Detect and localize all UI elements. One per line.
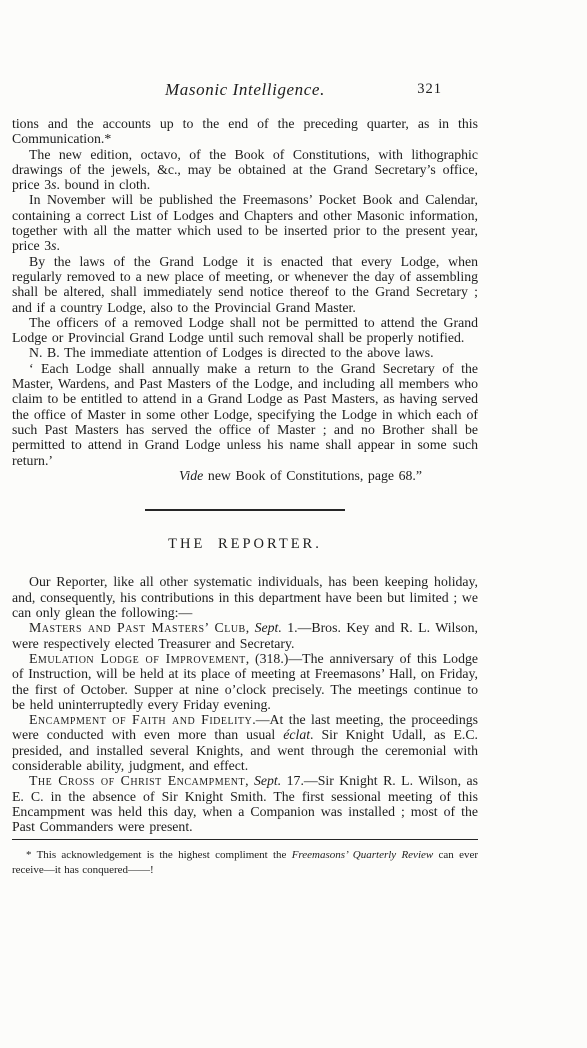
para-removal-law: By the laws of the Grand Lodge it is ena…: [12, 254, 478, 315]
text-segment: The officers of a removed Lodge shall no…: [12, 315, 478, 345]
text-segment: .: [57, 238, 60, 253]
vide-reference: Vide new Book of Constitutions, page 68.…: [179, 468, 478, 483]
para-masters-club: Masters and Past Masters’ Club, Sept. 1.…: [12, 620, 478, 651]
text-segment: * This acknowledgement is the highest co…: [26, 849, 292, 861]
text-segment: new Book of Constitutions, page 68.”: [203, 468, 422, 483]
footnote-divider: [12, 839, 478, 840]
text-segment: éclat: [283, 727, 310, 742]
text-segment: The Cross of Christ Encampment: [29, 773, 245, 788]
para-removed-officers: The officers of a removed Lodge shall no…: [12, 315, 478, 346]
text-segment: . bound in cloth.: [57, 177, 151, 192]
text-flow: tions and the accounts up to the end of …: [12, 116, 478, 877]
text-segment: By the laws of the Grand Lodge it is ena…: [12, 254, 478, 315]
text-segment: Encampment of Faith and Fidelity: [29, 712, 252, 727]
para-pocket-book: In November will be published the Freema…: [12, 192, 478, 253]
text-segment: Our Reporter, like all other systematic …: [12, 574, 478, 620]
text-segment: ,: [246, 620, 255, 635]
para-cross-of-christ: The Cross of Christ Encampment, Sept. 17…: [12, 773, 478, 834]
text-segment: Masters and Past Masters’ Club: [29, 620, 246, 635]
text-segment: Vide: [179, 468, 203, 483]
text-segment: ‘ Each Lodge shall annually make a retur…: [12, 361, 478, 468]
para-annual-return: ‘ Each Lodge shall annually make a retur…: [12, 361, 478, 468]
para-reporter-intro: Our Reporter, like all other systematic …: [12, 574, 478, 620]
running-title: Masonic Intelligence.: [12, 80, 478, 100]
para-nota-bene: N. B. The immediate attention of Lodges …: [12, 345, 478, 360]
text-segment: Sept.: [254, 773, 281, 788]
para-faith-fidelity: Encampment of Faith and Fidelity.—At the…: [12, 712, 478, 773]
para-emulation-lodge: Emulation Lodge of Improvement, (318.)—T…: [12, 651, 478, 712]
para-new-edition: The new edition, octavo, of the Book of …: [12, 147, 478, 193]
text-segment: Freemasons’ Quarterly Review: [292, 849, 434, 861]
page-number: 321: [417, 81, 442, 98]
text-segment: ,: [245, 773, 254, 788]
text-segment: Sept.: [255, 620, 282, 635]
para-quarterly-accounts: tions and the accounts up to the end of …: [12, 116, 478, 147]
text-segment: tions and the accounts up to the end of …: [12, 116, 478, 146]
text-segment: In November will be published the Freema…: [12, 192, 478, 253]
page-header: Masonic Intelligence. 321: [12, 80, 478, 102]
section-heading: THE REPORTER.: [12, 537, 478, 552]
scanned-page: Masonic Intelligence. 321 tions and the …: [0, 0, 587, 1048]
text-segment: N. B. The immediate attention of Lodges …: [29, 345, 434, 360]
text-segment: Emulation Lodge of Improvement: [29, 651, 246, 666]
section-divider: [145, 509, 345, 511]
footnote: * This acknowledgement is the highest co…: [12, 848, 478, 877]
